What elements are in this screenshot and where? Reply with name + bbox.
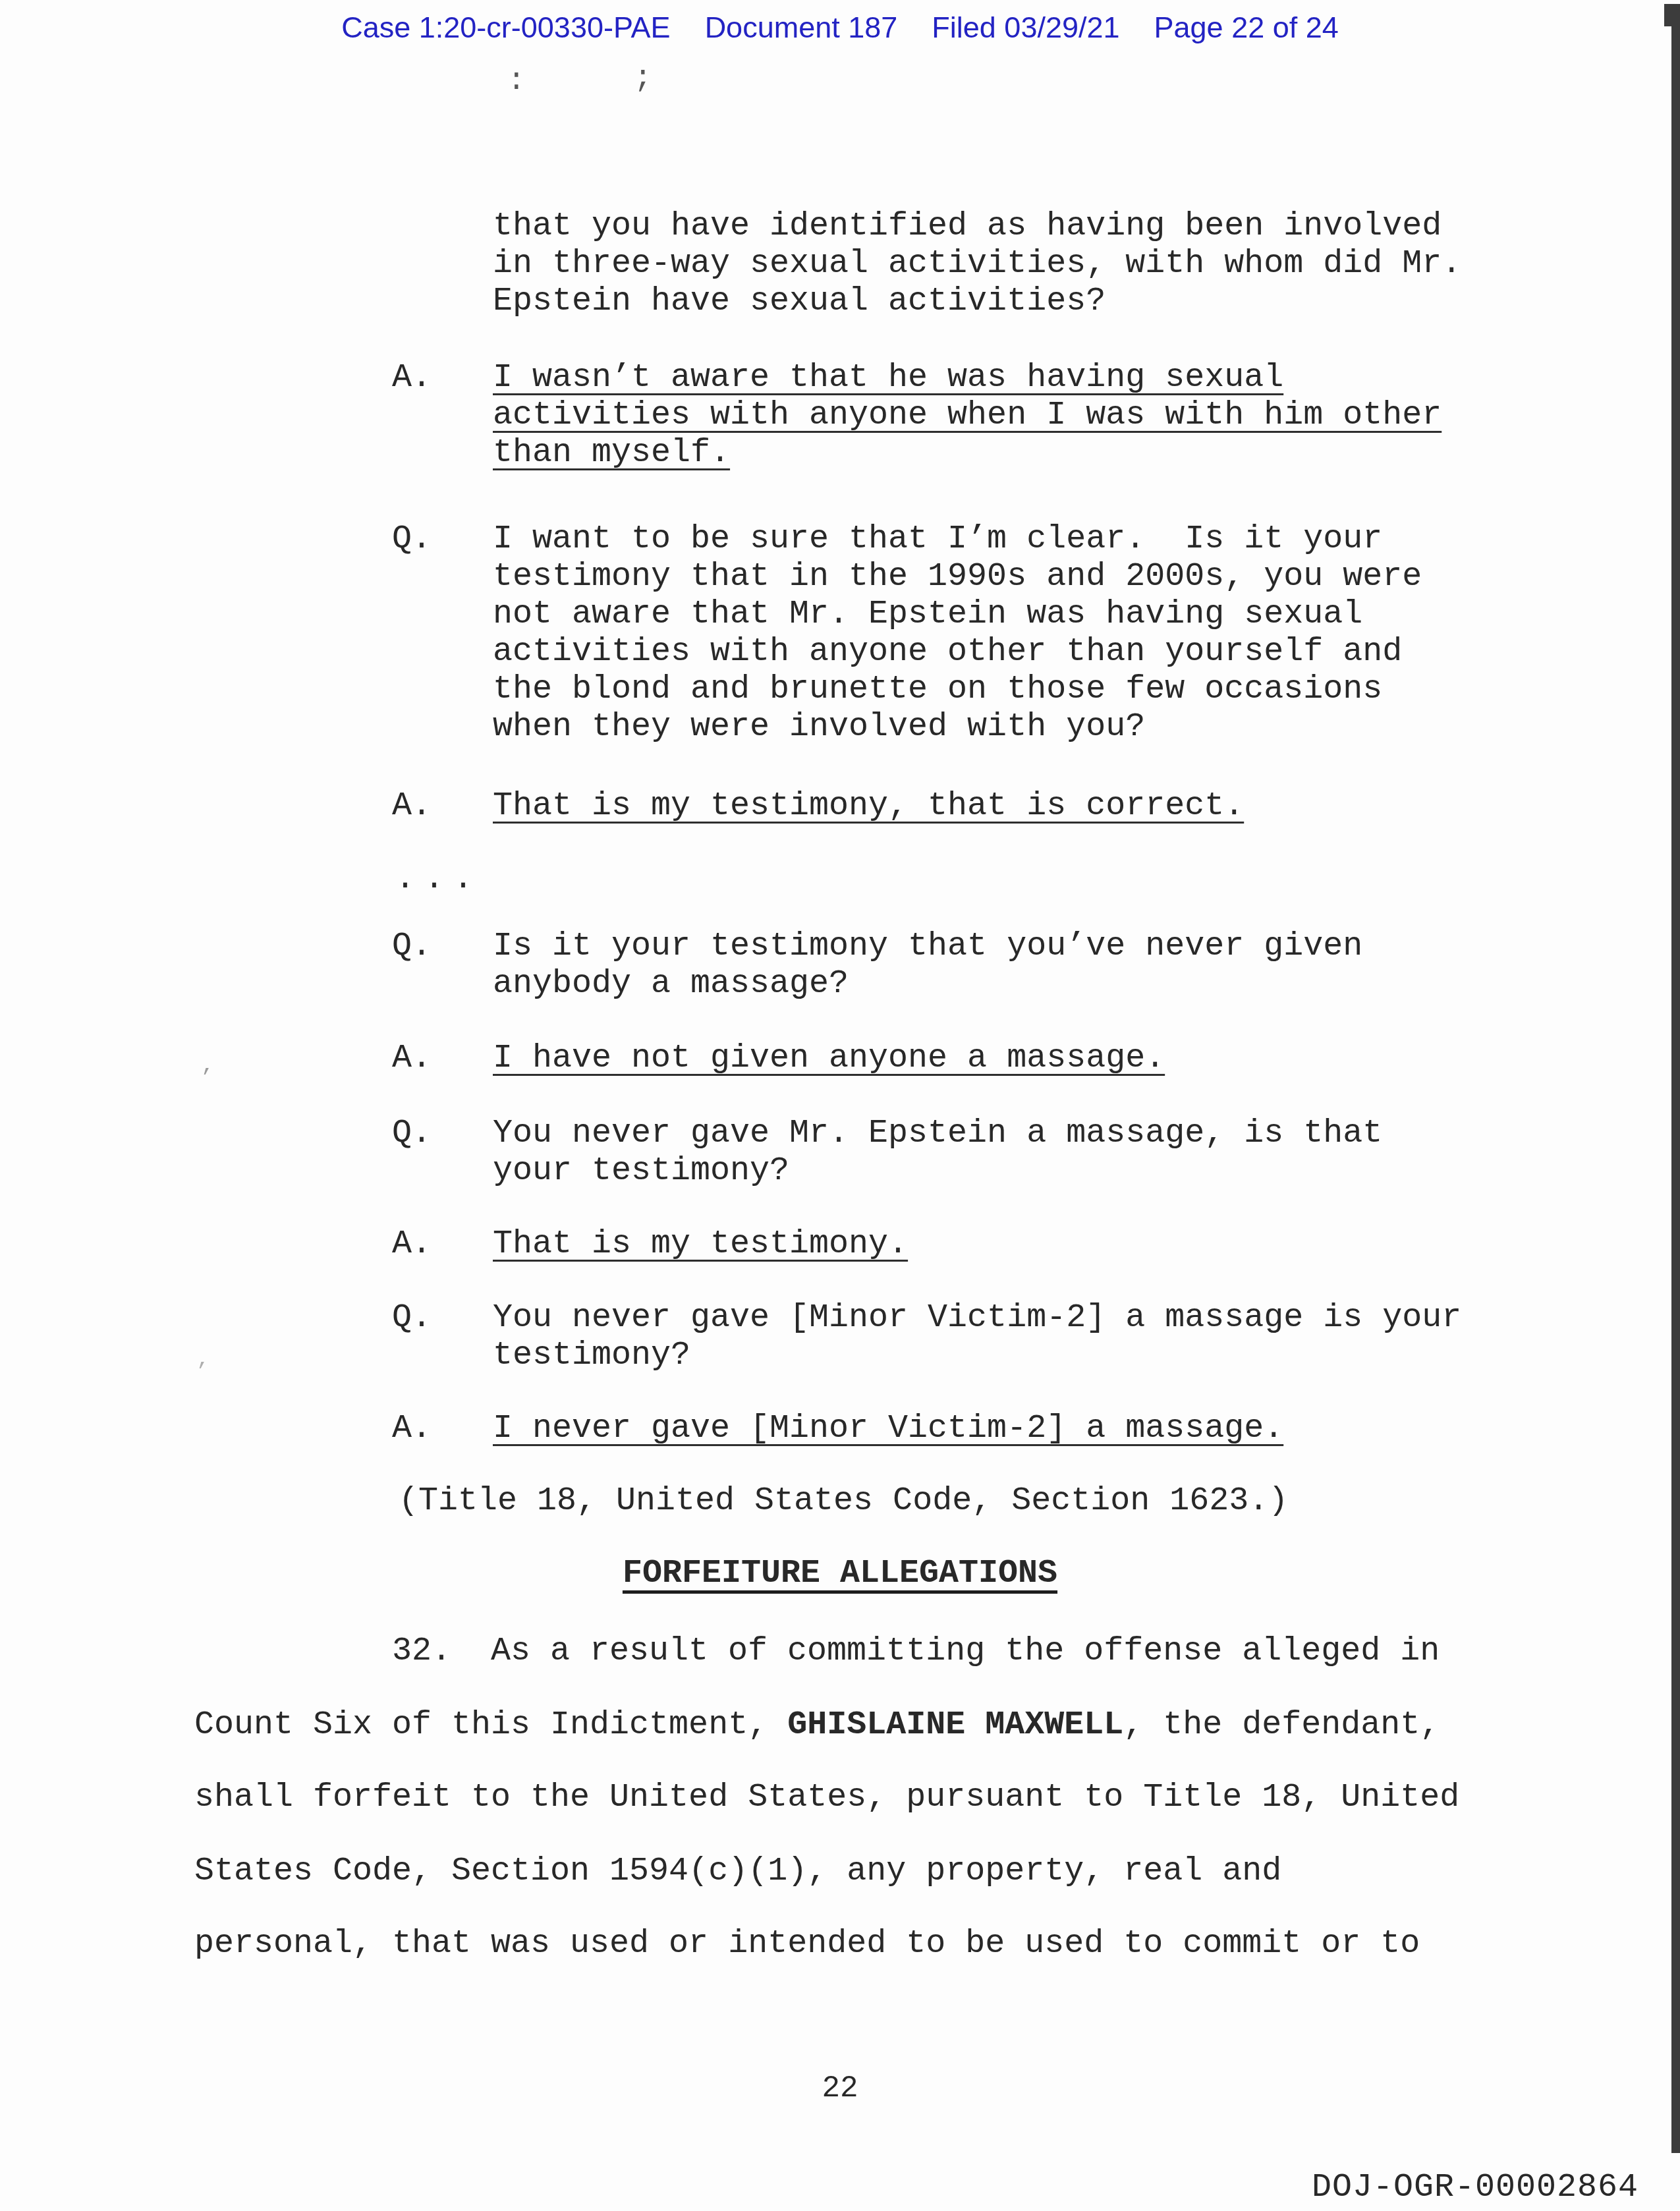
question-line: the blond and brunette on those few occa… xyxy=(493,671,1382,708)
header-document-number: Document 187 xyxy=(705,11,898,45)
question-label: Q. xyxy=(392,1299,432,1337)
forfeiture-text: shall forfeit to the United States, purs… xyxy=(194,1779,1459,1816)
question-line: anybody a massage? xyxy=(493,965,849,1003)
forfeiture-text: States Code, Section 1594(c)(1), any pro… xyxy=(194,1853,1281,1890)
answer-line: That is my testimony. xyxy=(493,1225,908,1263)
forfeiture-line: shall forfeit to the United States, purs… xyxy=(194,1779,1459,1816)
scanner-edge-bar xyxy=(1671,5,1680,2153)
bates-number: DOJ-OGR-00002864 xyxy=(1312,2169,1638,2206)
statute-citation: (Title 18, United States Code, Section 1… xyxy=(399,1482,1288,1520)
scan-speck: : xyxy=(507,66,526,96)
question-line: testimony? xyxy=(493,1337,690,1374)
answer-label: A. xyxy=(392,1040,432,1077)
forfeiture-allegations-heading: FORFEITURE ALLEGATIONS xyxy=(0,1555,1680,1592)
forfeiture-line: personal, that was used or intended to b… xyxy=(194,1925,1420,1963)
question-label: Q. xyxy=(392,928,432,965)
question-line: activities with anyone other than yourse… xyxy=(493,633,1402,671)
scan-speck: ; xyxy=(634,63,652,94)
ellipsis-line: ... xyxy=(395,860,482,898)
forfeiture-line: States Code, Section 1594(c)(1), any pro… xyxy=(194,1853,1281,1890)
question-line: not aware that Mr. Epstein was having se… xyxy=(493,596,1362,633)
header-case-number: Case 1:20-cr-00330-PAE xyxy=(341,11,670,45)
transcript-line: Epstein have sexual activities? xyxy=(493,283,1106,320)
question-line: your testimony? xyxy=(493,1152,789,1190)
forfeiture-text: 32. As a result of committing the offens… xyxy=(392,1633,1440,1670)
transcript-line: that you have identified as having been … xyxy=(493,208,1442,245)
answer-line: activities with anyone when I was with h… xyxy=(493,397,1442,434)
question-line: I want to be sure that I’m clear. Is it … xyxy=(493,520,1382,558)
question-line: when they were involved with you? xyxy=(493,708,1145,746)
scan-speck: ’ xyxy=(200,1067,213,1090)
forfeiture-line: 32. As a result of committing the offens… xyxy=(392,1633,1440,1670)
forfeiture-line: Count Six of this Indictment, GHISLAINE … xyxy=(194,1706,1440,1744)
answer-label: A. xyxy=(392,787,432,825)
answer-label: A. xyxy=(392,1410,432,1447)
answer-label: A. xyxy=(392,359,432,397)
scanned-court-document-page: Case 1:20-cr-00330-PAE Document 187 File… xyxy=(0,0,1680,2211)
answer-line: I have not given anyone a massage. xyxy=(493,1040,1165,1077)
question-label: Q. xyxy=(392,1115,432,1152)
answer-line: I never gave [Minor Victim-2] a massage. xyxy=(493,1410,1283,1447)
transcript-line: in three-way sexual activities, with who… xyxy=(493,245,1461,283)
header-page-of: Page 22 of 24 xyxy=(1154,11,1339,45)
defendant-name: GHISLAINE MAXWELL xyxy=(787,1706,1123,1744)
question-line: testimony that in the 1990s and 2000s, y… xyxy=(493,558,1422,596)
forfeiture-text: , the defendant, xyxy=(1123,1706,1440,1744)
header-filed-date: Filed 03/29/21 xyxy=(932,11,1119,45)
question-label: Q. xyxy=(392,520,432,558)
answer-line: than myself. xyxy=(493,434,730,472)
page-number: 22 xyxy=(0,2070,1680,2108)
question-line: You never gave [Minor Victim-2] a massag… xyxy=(493,1299,1461,1337)
answer-line: I wasn’t aware that he was having sexual xyxy=(493,359,1283,397)
answer-label: A. xyxy=(392,1225,432,1263)
scanner-edge-blob xyxy=(1664,4,1680,26)
forfeiture-text: personal, that was used or intended to b… xyxy=(194,1925,1420,1963)
ecf-header-stamp: Case 1:20-cr-00330-PAE Document 187 File… xyxy=(0,11,1680,45)
answer-line: That is my testimony, that is correct. xyxy=(493,787,1244,825)
scan-speck: ’ xyxy=(195,1361,208,1384)
question-line: Is it your testimony that you’ve never g… xyxy=(493,928,1362,965)
forfeiture-text: Count Six of this Indictment, xyxy=(194,1706,787,1744)
question-line: You never gave Mr. Epstein a massage, is… xyxy=(493,1115,1382,1152)
